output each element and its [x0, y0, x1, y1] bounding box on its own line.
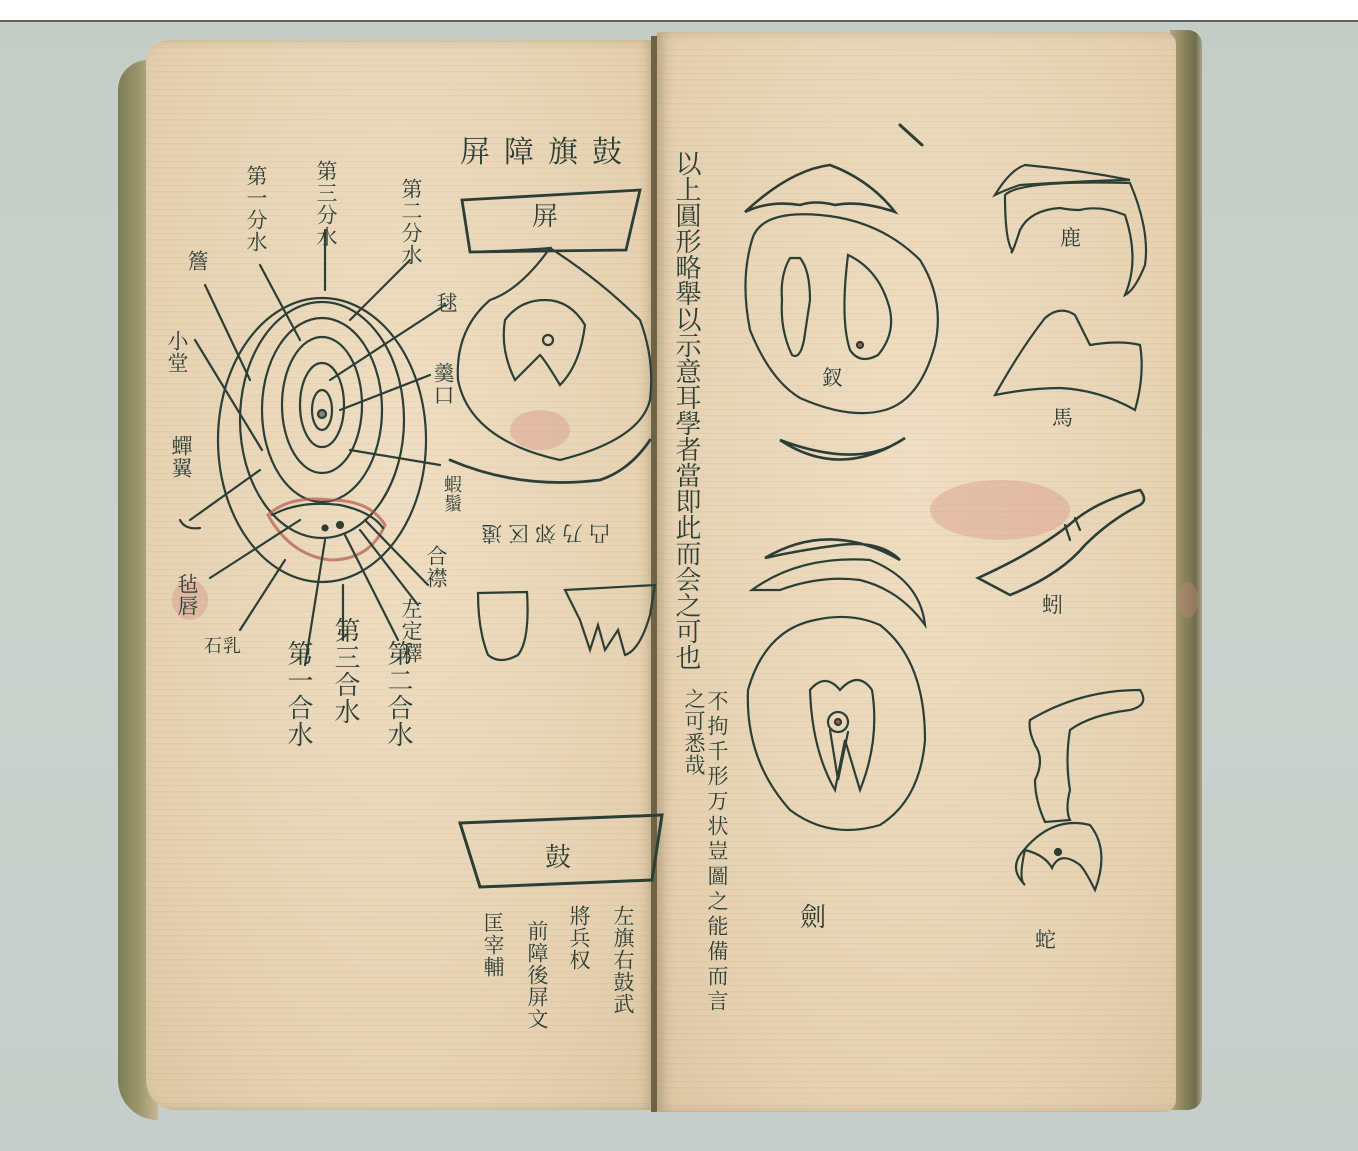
caption-column-1: 左旗右鼓武	[612, 905, 633, 1015]
caption-column-3: 前障後屏文	[526, 920, 547, 1030]
label-felt-lip: 毡唇	[176, 573, 197, 617]
label-first-divide-water: 第一分水	[245, 165, 266, 253]
snake-figure	[1016, 690, 1143, 890]
label-second-join-water: 第二合水	[385, 640, 411, 748]
label-horse: 馬	[1052, 408, 1074, 429]
banner-and-drum-shapes	[460, 585, 662, 887]
main-text-continuation: 之可悉哉	[683, 688, 704, 776]
label-third-divide-water: 第三分水	[315, 160, 336, 248]
pen-mark	[900, 125, 922, 145]
label-snake: 蛇	[1035, 930, 1057, 951]
label-hairpin: 釵	[822, 368, 844, 389]
upside-down-note: 凸乃郊区遠	[475, 522, 610, 543]
label-stone-milk: 石乳	[204, 638, 242, 656]
label-deer: 鹿	[1060, 228, 1082, 249]
left-page-title: 屏障旗鼓	[460, 138, 636, 168]
label-cicada-wing: 蟬翼	[170, 435, 191, 479]
horse-figure	[995, 311, 1142, 410]
label-screen: 屏	[532, 204, 559, 230]
label-sword: 劍	[800, 905, 827, 931]
main-text-column: 以上圓形略舉以示意耳學者當即此而会之可也	[673, 150, 699, 670]
sword-figure	[748, 539, 925, 830]
label-drum: 鼓	[545, 845, 572, 871]
label-eave: 簷	[186, 250, 207, 272]
label-third-join-water: 第三合水	[332, 617, 358, 725]
label-shrimp-whisker: 蝦鬚	[442, 475, 460, 513]
label-soup-mouth: 羹口	[432, 362, 453, 406]
label-second-divide-water: 第二分水	[400, 178, 421, 266]
hairpin-figure	[745, 165, 938, 460]
label-first-join-water: 第一合水	[285, 640, 311, 748]
label-joined-lapel: 合襟	[425, 545, 446, 589]
label-small-hall: 小堂	[166, 330, 187, 374]
caption-column-2: 將兵权	[568, 905, 589, 971]
secondary-text-column: 不拘千形万状豈圖之能備而言	[706, 690, 727, 1015]
label-ball: 毬	[435, 292, 456, 314]
label-earthworm: 蚓	[1042, 595, 1064, 616]
caption-column-4: 匡宰輔	[482, 912, 503, 978]
